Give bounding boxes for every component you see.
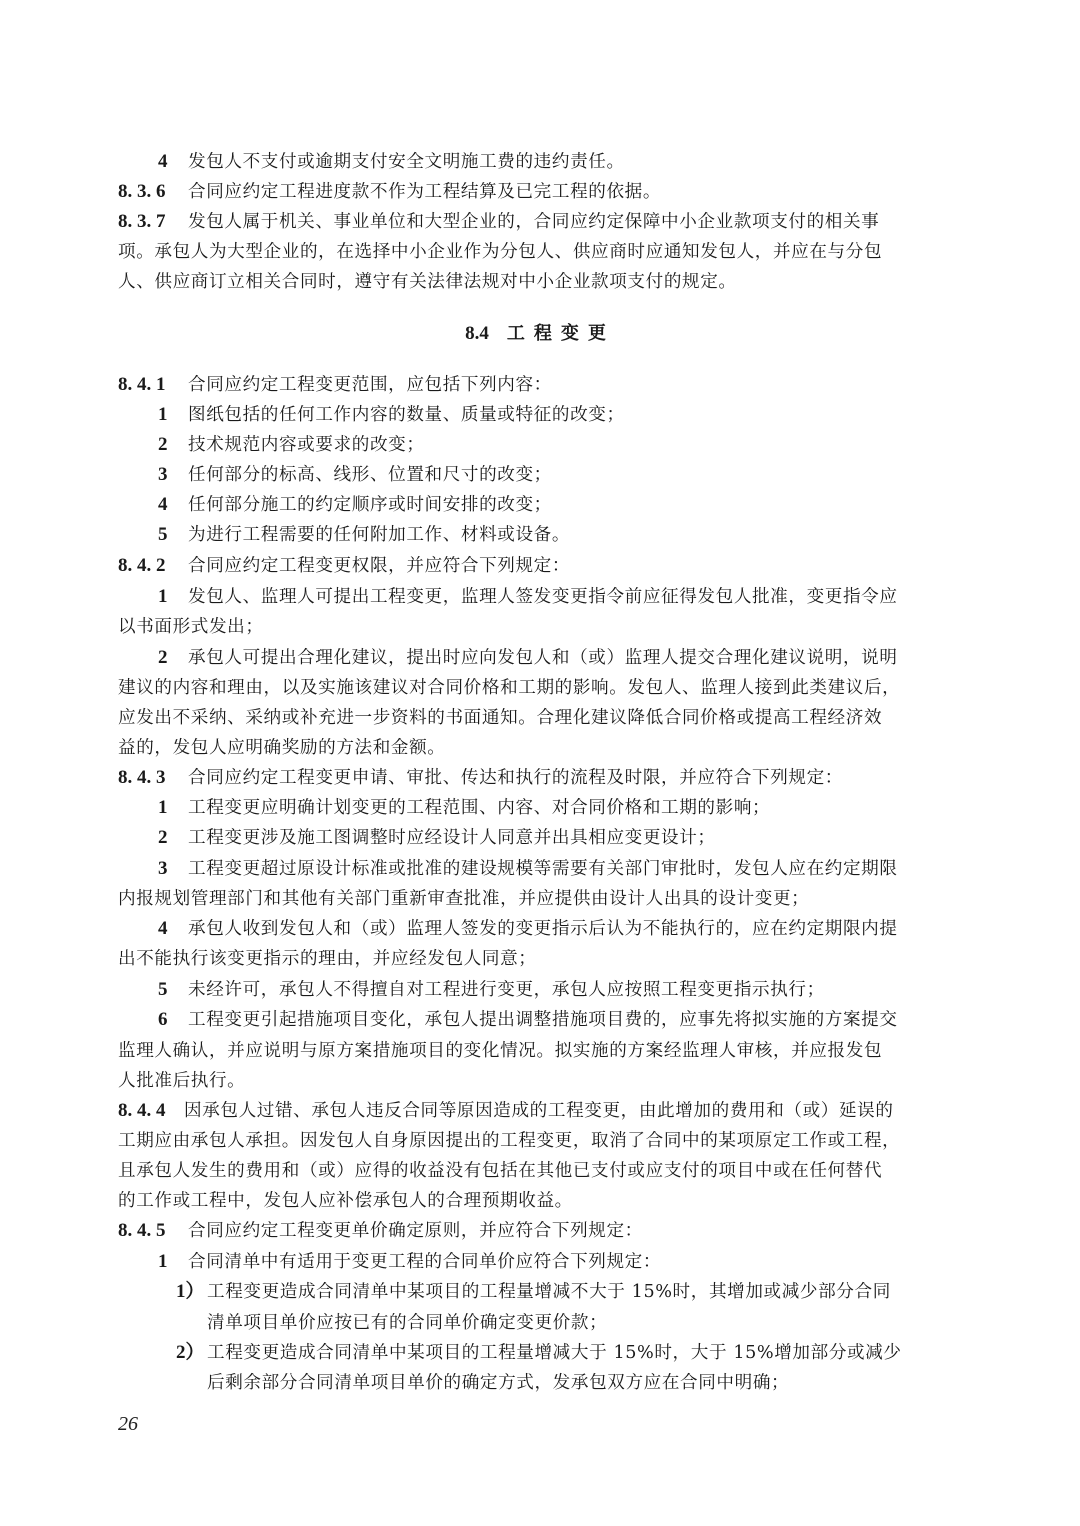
item-text: 工程变更应明确计划变更的工程范围、内容、对合同价格和工期的影响；	[188, 798, 770, 818]
list-item: 1图纸包括的任何工作内容的数量、质量或特征的改变；	[158, 400, 958, 430]
continuation-line: 人批准后执行。	[118, 1066, 958, 1096]
item-number: 3	[158, 460, 188, 490]
continuation-line: 清单项目单价应按已有的合同单价确定变更价款；	[207, 1308, 958, 1338]
continuation-line: 应发出不采纳、采纳或补充进一步资料的书面通知。合理化建议降低合同价格或提高工程经…	[118, 703, 958, 733]
clause-8-4-3: 8. 4. 3合同应约定工程变更申请、审批、传达和执行的流程及时限，并应符合下列…	[118, 763, 958, 793]
item-number: 5	[158, 975, 188, 1005]
clause-8-4-2: 8. 4. 2合同应约定工程变更权限，并应符合下列规定：	[118, 551, 958, 581]
section-heading: 8.4工程变更	[0, 318, 1080, 350]
clause-text: 合同应约定工程变更单价确定原则，并应符合下列规定：	[188, 1221, 643, 1241]
continuation-line: 工期应由承包人承担。因发包人自身原因提出的工程变更，取消了合同中的某项原定工作或…	[118, 1126, 958, 1156]
clause-number: 8. 4. 4	[118, 1096, 184, 1126]
item-number: 1	[158, 793, 188, 823]
clause-text: 因承包人过错、承包人违反合同等原因造成的工程变更，由此增加的费用和（或）延误的	[184, 1101, 894, 1121]
list-item: 2工程变更涉及施工图调整时应经设计人同意并出具相应变更设计；	[158, 823, 958, 853]
list-item: 2承包人可提出合理化建议，提出时应向发包人和（或）监理人提交合理化建议说明，说明	[158, 643, 958, 673]
continuation-line: 益的，发包人应明确奖励的方法和金额。	[118, 733, 958, 763]
clause-text: 合同应约定工程变更申请、审批、传达和执行的流程及时限，并应符合下列规定：	[188, 768, 843, 788]
document-page: 4发包人不支付或逾期支付安全文明施工费的违约责任。 8. 3. 6合同应约定工程…	[0, 0, 1080, 1526]
clause-number: 8. 3. 7	[118, 207, 188, 237]
clause-number: 8. 4. 1	[118, 370, 188, 400]
list-item: 3任何部分的标高、线形、位置和尺寸的改变；	[158, 460, 958, 490]
list-item: 1合同清单中有适用于变更工程的合同单价应符合下列规定：	[158, 1247, 958, 1277]
continuation-line: 内报规划管理部门和其他有关部门重新审查批准，并应提供由设计人出具的设计变更；	[118, 884, 958, 914]
item-text: 图纸包括的任何工作内容的数量、质量或特征的改变；	[188, 405, 625, 425]
item-text: 合同清单中有适用于变更工程的合同单价应符合下列规定：	[188, 1252, 661, 1272]
list-item: 4任何部分施工的约定顺序或时间安排的改变；	[158, 490, 958, 520]
clause-8-4-4: 8. 4. 4因承包人过错、承包人违反合同等原因造成的工程变更，由此增加的费用和…	[118, 1096, 958, 1126]
sub-item-number: 1）	[176, 1277, 207, 1307]
clause-8-3-7: 8. 3. 7发包人属于机关、事业单位和大型企业的，合同应约定保障中小企业款项支…	[118, 207, 958, 237]
clause-8-4-1: 8. 4. 1合同应约定工程变更范围，应包括下列内容：	[118, 370, 958, 400]
item-number: 2	[158, 643, 188, 673]
item-text: 为进行工程需要的任何附加工作、材料或设备。	[188, 525, 570, 545]
item-text: 发包人不支付或逾期支付安全文明施工费的违约责任。	[188, 152, 625, 172]
list-item: 1发包人、监理人可提出工程变更，监理人签发变更指令前应征得发包人批准，变更指令应	[158, 582, 958, 612]
continuation-line: 项。承包人为大型企业的，在选择中小企业作为分包人、供应商时应通知发包人，并应在与…	[118, 237, 958, 267]
clause-number: 8. 4. 2	[118, 551, 188, 581]
item-number: 1	[158, 400, 188, 430]
list-item: 5未经许可，承包人不得擅自对工程进行变更，承包人应按照工程变更指示执行；	[158, 975, 958, 1005]
item-number: 2	[158, 430, 188, 460]
item-number: 1	[158, 1247, 188, 1277]
list-item: 1工程变更应明确计划变更的工程范围、内容、对合同价格和工期的影响；	[158, 793, 958, 823]
item-number: 5	[158, 520, 188, 550]
clause-text: 合同应约定工程进度款不作为工程结算及已完工程的依据。	[188, 182, 661, 202]
continuation-line: 且承包人发生的费用和（或）应得的收益没有包括在其他已支付或应支付的项目中或在任何…	[118, 1156, 958, 1186]
item-text: 发包人、监理人可提出工程变更，监理人签发变更指令前应征得发包人批准，变更指令应	[188, 587, 898, 607]
continuation-line: 人、供应商订立相关合同时，遵守有关法律法规对中小企业款项支付的规定。	[118, 267, 958, 297]
sub-list-item: 2）工程变更造成合同清单中某项目的工程量增减大于 15%时，大于 15%增加部分…	[176, 1338, 958, 1368]
item-number: 4	[158, 490, 188, 520]
list-item: 5为进行工程需要的任何附加工作、材料或设备。	[158, 520, 958, 550]
item-number: 6	[158, 1005, 188, 1035]
page-number: 26	[118, 1412, 138, 1436]
item-text: 未经许可，承包人不得擅自对工程进行变更，承包人应按照工程变更指示执行；	[188, 980, 825, 1000]
continuation-line: 出不能执行该变更指示的理由，并应经发包人同意；	[118, 944, 958, 974]
list-item: 4发包人不支付或逾期支付安全文明施工费的违约责任。	[158, 147, 958, 177]
clause-text: 合同应约定工程变更权限，并应符合下列规定：	[188, 556, 570, 576]
item-text: 任何部分的标高、线形、位置和尺寸的改变；	[188, 465, 552, 485]
sub-item-text: 工程变更造成合同清单中某项目的工程量增减不大于 15%时，其增加或减少部分合同	[207, 1282, 891, 1302]
clause-8-3-6: 8. 3. 6合同应约定工程进度款不作为工程结算及已完工程的依据。	[118, 177, 958, 207]
list-item: 2技术规范内容或要求的改变；	[158, 430, 958, 460]
sub-item-number: 2）	[176, 1338, 207, 1368]
list-item: 4承包人收到发包人和（或）监理人签发的变更指示后认为不能执行的，应在约定期限内提	[158, 914, 958, 944]
item-number: 3	[158, 854, 188, 884]
continuation-line: 监理人确认，并应说明与原方案措施项目的变化情况。拟实施的方案经监理人审核，并应报…	[118, 1036, 958, 1066]
item-text: 承包人收到发包人和（或）监理人签发的变更指示后认为不能执行的，应在约定期限内提	[188, 919, 898, 939]
continuation-line: 的工作或工程中，发包人应补偿承包人的合理预期收益。	[118, 1186, 958, 1216]
clause-text: 合同应约定工程变更范围，应包括下列内容：	[188, 375, 552, 395]
item-text: 技术规范内容或要求的改变；	[188, 435, 425, 455]
item-text: 承包人可提出合理化建议，提出时应向发包人和（或）监理人提交合理化建议说明，说明	[188, 648, 898, 668]
item-number: 4	[158, 914, 188, 944]
item-text: 工程变更引起措施项目变化，承包人提出调整措施项目费的，应事先将拟实施的方案提交	[188, 1010, 898, 1030]
sub-list-item: 1）工程变更造成合同清单中某项目的工程量增减不大于 15%时，其增加或减少部分合…	[176, 1277, 958, 1307]
clause-text: 发包人属于机关、事业单位和大型企业的，合同应约定保障中小企业款项支付的相关事	[188, 212, 879, 232]
clause-number: 8. 4. 5	[118, 1216, 188, 1246]
clause-number: 8. 4. 3	[118, 763, 188, 793]
list-item: 3工程变更超过原设计标准或批准的建设规模等需要有关部门审批时，发包人应在约定期限	[158, 854, 958, 884]
item-text: 任何部分施工的约定顺序或时间安排的改变；	[188, 495, 552, 515]
sub-item-text: 工程变更造成合同清单中某项目的工程量增减大于 15%时，大于 15%增加部分或减…	[207, 1343, 902, 1363]
section-number: 8.4	[465, 323, 489, 344]
continuation-line: 以书面形式发出；	[118, 612, 958, 642]
item-number: 1	[158, 582, 188, 612]
item-number: 4	[158, 147, 188, 177]
clause-number: 8. 3. 6	[118, 177, 188, 207]
list-item: 6工程变更引起措施项目变化，承包人提出调整措施项目费的，应事先将拟实施的方案提交	[158, 1005, 958, 1035]
item-text: 工程变更涉及施工图调整时应经设计人同意并出具相应变更设计；	[188, 828, 716, 848]
item-text: 工程变更超过原设计标准或批准的建设规模等需要有关部门审批时，发包人应在约定期限	[188, 859, 898, 879]
continuation-line: 后剩余部分合同清单项目单价的确定方式，发承包双方应在合同中明确；	[207, 1368, 958, 1398]
continuation-line: 建议的内容和理由，以及实施该建议对合同价格和工期的影响。发包人、监理人接到此类建…	[118, 673, 958, 703]
section-title: 工程变更	[507, 323, 615, 344]
clause-8-4-5: 8. 4. 5合同应约定工程变更单价确定原则，并应符合下列规定：	[118, 1216, 958, 1246]
item-number: 2	[158, 823, 188, 853]
